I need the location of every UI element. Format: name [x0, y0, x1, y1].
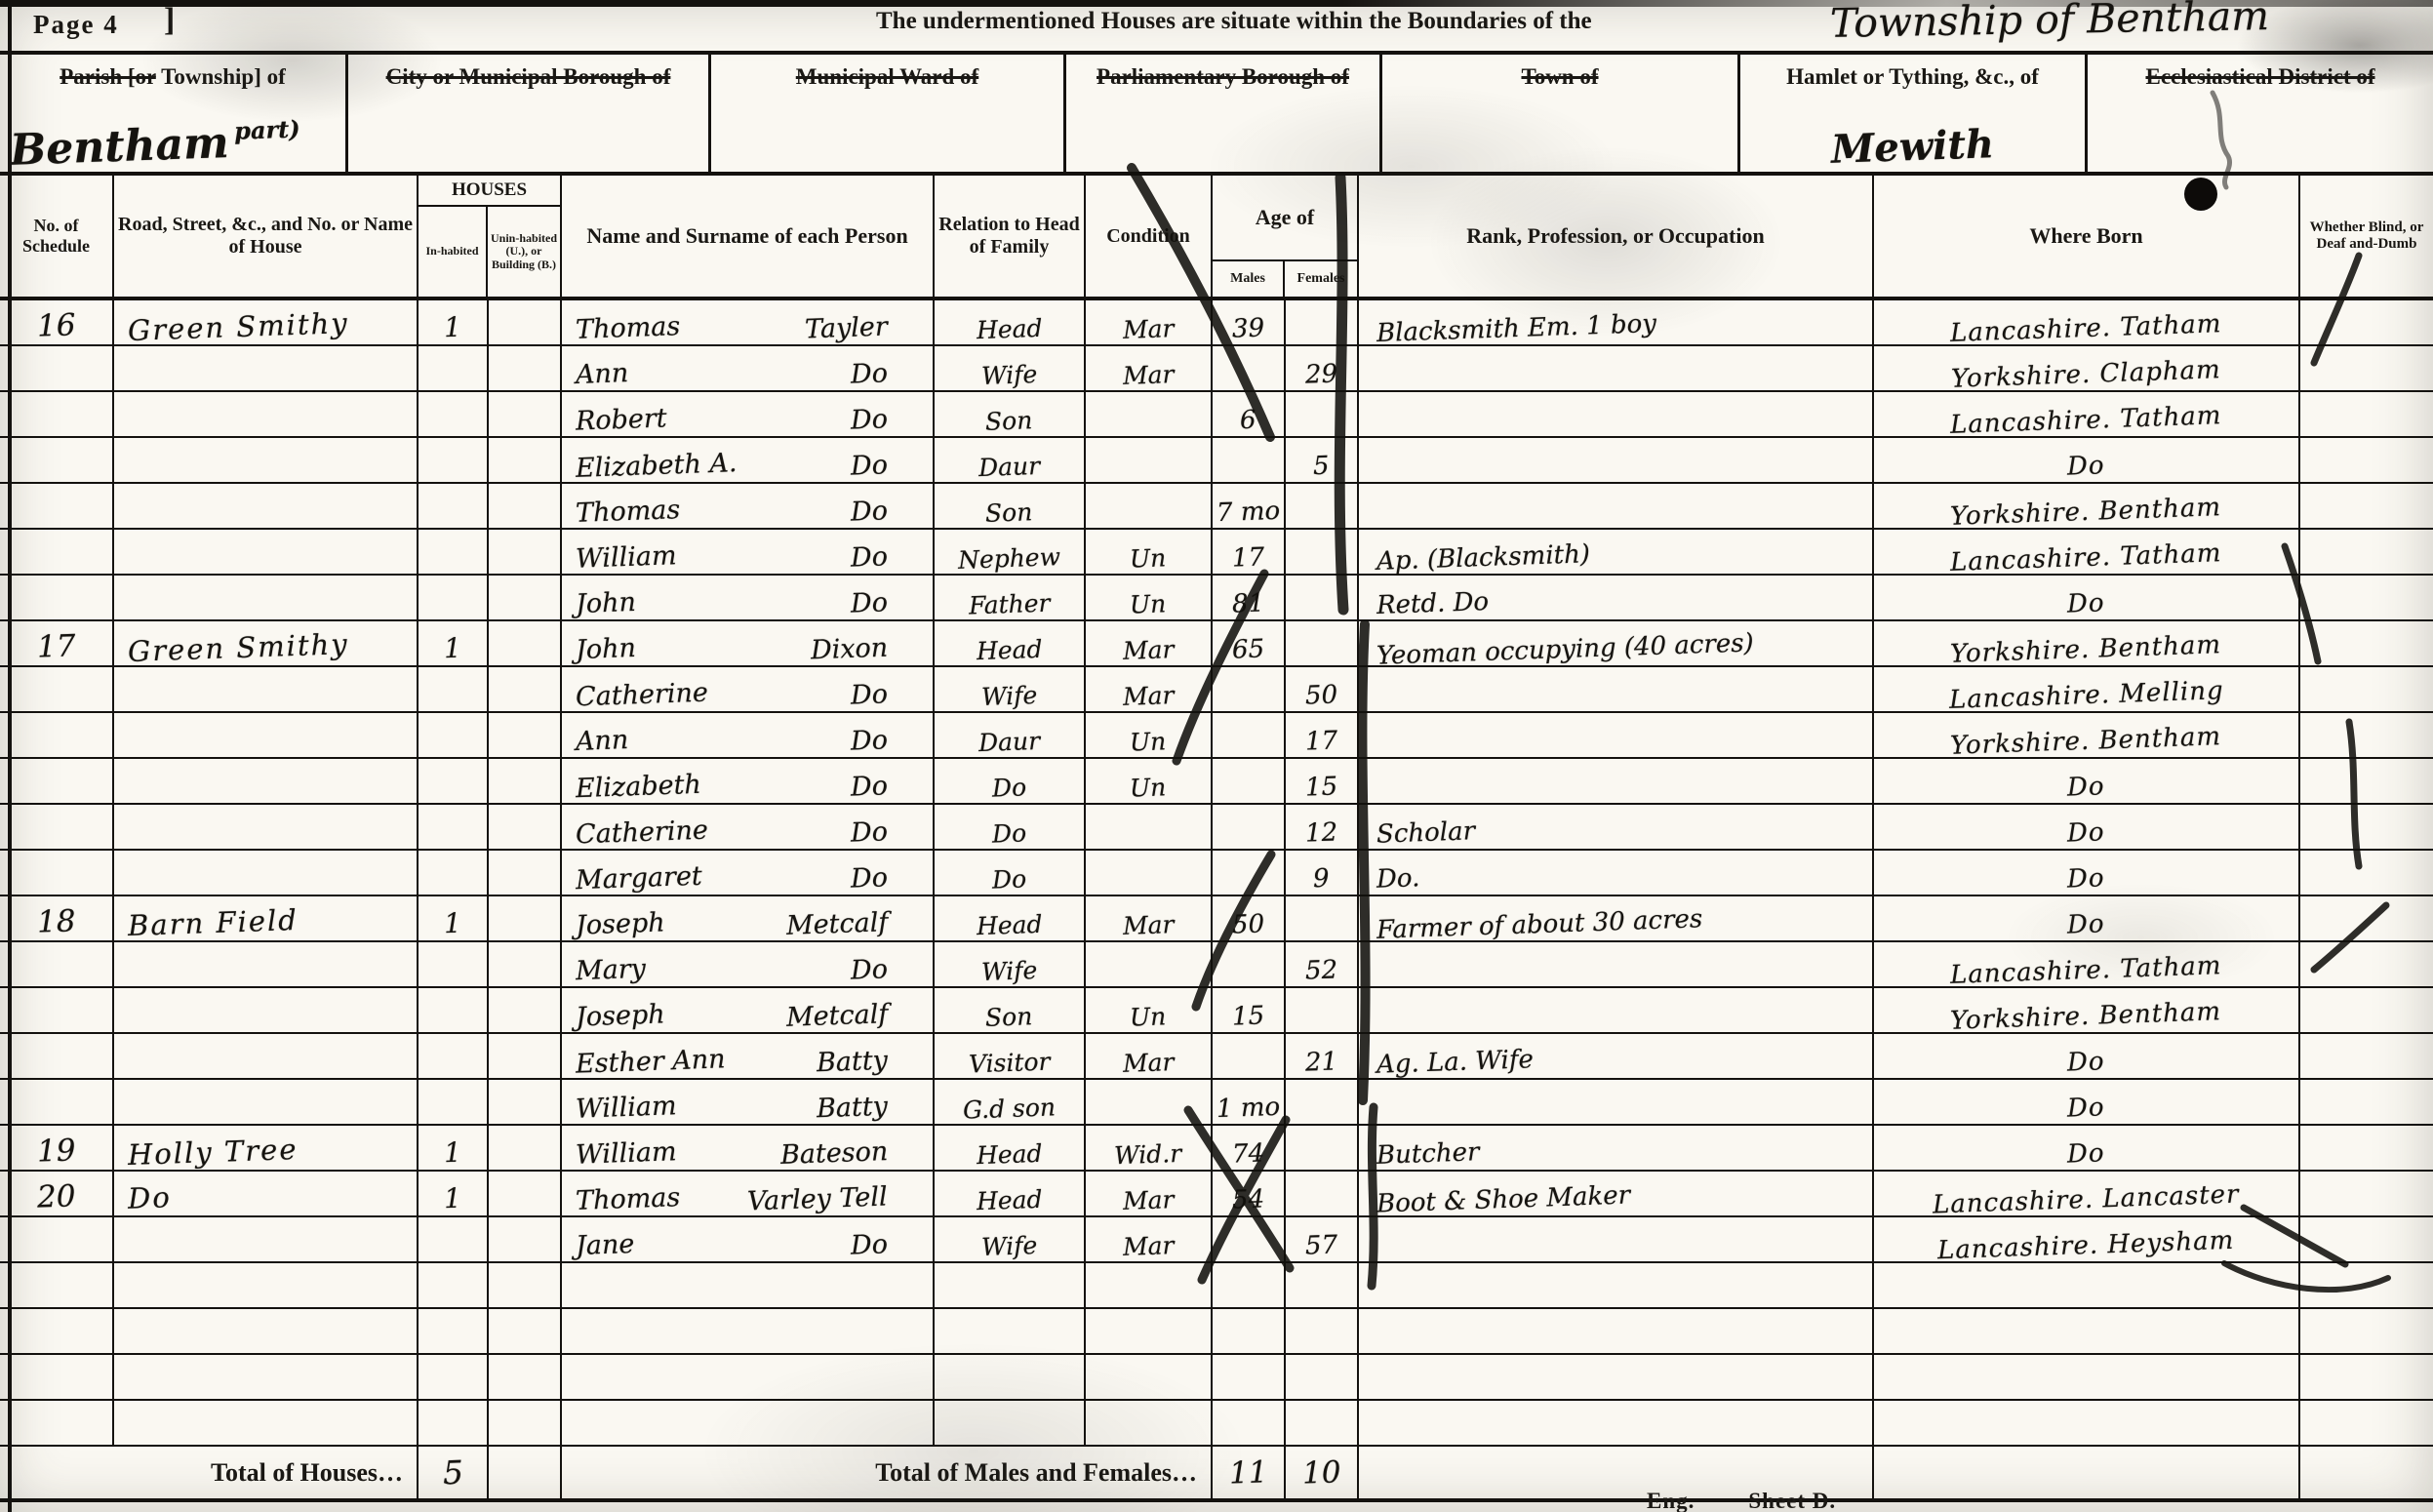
cell-where-born — [1874, 1263, 2300, 1307]
cell-age-female — [1286, 484, 1359, 528]
cell-inhabited — [419, 1309, 489, 1353]
col-houses-group: HOUSES In-habited Unin-habited (U.), or … — [419, 176, 562, 297]
cell-schedule-number — [0, 1309, 114, 1353]
cell-relation: Visitor — [935, 1034, 1086, 1078]
cell-age-female: 17 — [1286, 713, 1359, 757]
cell-age-female: 21 — [1286, 1034, 1359, 1078]
cell-house-name — [114, 576, 419, 619]
totals-spacer — [489, 1447, 562, 1498]
cell-whether-blind — [2300, 1034, 2433, 1078]
table-row: 18Barn Field1JosephMetcalfHeadMar50Farme… — [0, 896, 2433, 942]
cell-inhabited — [419, 667, 489, 711]
cell-occupation — [1359, 942, 1874, 986]
cell-occupation: Ag. La. Wife — [1359, 1034, 1874, 1078]
table-row: WilliamDoNephewUn17Ap. (Blacksmith)Lanca… — [0, 530, 2433, 576]
cell-inhabited: 1 — [419, 896, 489, 940]
cell-schedule-number — [0, 805, 114, 849]
cell-where-born: Lancashire. Lancaster — [1874, 1172, 2300, 1215]
cell-age-male — [1213, 805, 1286, 849]
cell-age-female — [1286, 1401, 1359, 1445]
cell-condition — [1086, 1263, 1213, 1307]
cell-schedule-number: 20 — [0, 1172, 114, 1215]
cell-person-name: ElizabethDo — [562, 759, 935, 803]
table-row: MargaretDoDo9Do.Do — [0, 851, 2433, 896]
cell-uninhabited — [489, 621, 562, 665]
cell-inhabited — [419, 392, 489, 436]
cell-occupation — [1359, 1309, 1874, 1353]
cell-uninhabited — [489, 942, 562, 986]
table-row: Esther AnnBattyVisitorMar21Ag. La. WifeD… — [0, 1034, 2433, 1080]
cell-relation: Do — [935, 851, 1086, 895]
col-uninhabited: Unin-habited (U.), or Building (B.) — [488, 207, 560, 297]
cell-occupation — [1359, 759, 1874, 803]
cell-where-born: Do — [1874, 1126, 2300, 1170]
cell-whether-blind — [2300, 667, 2433, 711]
cell-house-name: Barn Field — [114, 896, 419, 940]
col-condition: Condition — [1086, 176, 1213, 297]
table-row: 20Do1ThomasVarley TellHeadMar54Boot & Sh… — [0, 1172, 2433, 1217]
cell-schedule-number — [0, 1401, 114, 1445]
cell-person-name: CatherineDo — [562, 805, 935, 849]
cell-relation: Head — [935, 300, 1086, 344]
totals-spacer — [1874, 1447, 2300, 1498]
cell-age-male — [1213, 851, 1286, 895]
cell-whether-blind — [2300, 576, 2433, 619]
cell-inhabited — [419, 759, 489, 803]
cell-person-name — [562, 1355, 935, 1399]
cell-relation: Head — [935, 896, 1086, 940]
cell-age-female — [1286, 300, 1359, 344]
cell-condition: Mar — [1086, 1034, 1213, 1078]
cell-age-male — [1213, 667, 1286, 711]
cell-occupation — [1359, 1355, 1874, 1399]
cell-age-female — [1286, 1080, 1359, 1124]
total-houses-value: 5 — [442, 1453, 463, 1492]
cell-house-name — [114, 1034, 419, 1078]
cell-occupation — [1359, 988, 1874, 1032]
table-row: AnnDoDaurUn17Yorkshire. Bentham — [0, 713, 2433, 759]
cell-where-born: Do — [1874, 851, 2300, 895]
cell-inhabited — [419, 713, 489, 757]
cell-age-female: 50 — [1286, 667, 1359, 711]
cell-inhabited: 1 — [419, 300, 489, 344]
cell-occupation: Boot & Shoe Maker — [1359, 1172, 1874, 1215]
cell-schedule-number: 19 — [0, 1126, 114, 1170]
cell-person-name: JohnDixon — [562, 621, 935, 665]
cell-person-name: RobertDo — [562, 392, 935, 436]
cell-condition: Mar — [1086, 896, 1213, 940]
cell-age-male — [1213, 1309, 1286, 1353]
cell-where-born: Yorkshire. Bentham — [1874, 621, 2300, 665]
cell-where-born — [1874, 1401, 2300, 1445]
cell-condition: Mar — [1086, 1172, 1213, 1215]
hamlet-value: Mewith — [1739, 118, 2085, 176]
cell-relation — [935, 1309, 1086, 1353]
cell-person-name — [562, 1263, 935, 1307]
cell-relation: Son — [935, 484, 1086, 528]
cell-age-female: 5 — [1286, 438, 1359, 482]
cell-where-born: Lancashire. Melling — [1874, 667, 2300, 711]
cell-whether-blind — [2300, 392, 2433, 436]
col-relation: Relation to Head of Family — [935, 176, 1086, 297]
table-row — [0, 1309, 2433, 1355]
cell-schedule-number — [0, 851, 114, 895]
borough-label: City or Municipal Borough of — [386, 64, 671, 89]
cell-whether-blind — [2300, 1172, 2433, 1215]
table-row: RobertDoSon6Lancashire. Tatham — [0, 392, 2433, 438]
cell-whether-blind — [2300, 988, 2433, 1032]
cell-schedule-number — [0, 759, 114, 803]
cell-person-name: JohnDo — [562, 576, 935, 619]
cell-where-born — [1874, 1309, 2300, 1353]
cell-uninhabited — [489, 851, 562, 895]
table-row — [0, 1401, 2433, 1447]
cell-where-born: Lancashire. Tatham — [1874, 392, 2300, 436]
table-row: AnnDoWifeMar29Yorkshire. Clapham — [0, 346, 2433, 392]
cell-where-born — [1874, 1355, 2300, 1399]
cell-where-born: Yorkshire. Clapham — [1874, 346, 2300, 390]
cell-whether-blind — [2300, 1401, 2433, 1445]
handwritten-township: Township of Bentham — [1830, 0, 2270, 47]
cell-relation — [935, 1401, 1086, 1445]
cell-schedule-number — [0, 1080, 114, 1124]
cell-age-female — [1286, 530, 1359, 574]
cell-schedule-number — [0, 1263, 114, 1307]
cell-where-born: Yorkshire. Bentham — [1874, 988, 2300, 1032]
table-row: WilliamBattyG.d son1 moDo — [0, 1080, 2433, 1126]
cell-where-born: Do — [1874, 1034, 2300, 1078]
cell-person-name: Elizabeth A.Do — [562, 438, 935, 482]
parish-label-struck: Parish [or — [60, 64, 156, 89]
cell-uninhabited — [489, 1080, 562, 1124]
cell-schedule-number — [0, 346, 114, 390]
cell-person-name: WilliamBatty — [562, 1080, 935, 1124]
cell-inhabited: 1 — [419, 621, 489, 665]
cell-age-male: 39 — [1213, 300, 1286, 344]
cell-condition — [1086, 851, 1213, 895]
cell-inhabited — [419, 805, 489, 849]
cell-person-name: AnnDo — [562, 713, 935, 757]
cell-inhabited — [419, 1217, 489, 1261]
cell-occupation: Scholar — [1359, 805, 1874, 849]
col-inhabited: In-habited — [419, 207, 488, 297]
cell-age-male: 74 — [1213, 1126, 1286, 1170]
table-row: 16Green Smithy1ThomasTaylerHeadMar39Blac… — [0, 300, 2433, 346]
cell-person-name: JosephMetcalf — [562, 896, 935, 940]
cell-uninhabited — [489, 1263, 562, 1307]
cell-whether-blind — [2300, 1263, 2433, 1307]
ward-label: Municipal Ward of — [796, 64, 978, 89]
cell-whether-blind — [2300, 1217, 2433, 1261]
cell-age-female: 9 — [1286, 851, 1359, 895]
cell-condition: Wid.r — [1086, 1126, 1213, 1170]
table-row: JaneDoWifeMar57Lancashire. Heysham — [0, 1217, 2433, 1263]
cell-person-name: WilliamDo — [562, 530, 935, 574]
cell-house-name — [114, 438, 419, 482]
cell-relation: Head — [935, 1172, 1086, 1215]
cell-age-male — [1213, 346, 1286, 390]
cell-schedule-number — [0, 1217, 114, 1261]
town-label: Town of — [1521, 64, 1598, 89]
cell-uninhabited — [489, 530, 562, 574]
cell-condition: Un — [1086, 530, 1213, 574]
cell-uninhabited — [489, 1126, 562, 1170]
cell-age-female — [1286, 1355, 1359, 1399]
cell-occupation — [1359, 713, 1874, 757]
cell-age-female — [1286, 621, 1359, 665]
cell-age-male — [1213, 1355, 1286, 1399]
cell-schedule-number — [0, 576, 114, 619]
cell-age-female — [1286, 576, 1359, 619]
cell-uninhabited — [489, 392, 562, 436]
ecclesiastical-cell: Ecclesiastical District of — [2088, 55, 2433, 172]
table-row: 19Holly Tree1WilliamBatesonHeadWid.r74Bu… — [0, 1126, 2433, 1172]
sheet-number: Eng.Sheet D. — [1647, 1489, 1890, 1512]
cell-uninhabited — [489, 1355, 562, 1399]
cell-occupation: Do. — [1359, 851, 1874, 895]
cell-uninhabited — [489, 1309, 562, 1353]
cell-condition: Un — [1086, 576, 1213, 619]
borough-cell: City or Municipal Borough of — [348, 55, 711, 172]
col-road-street: Road, Street, &c., and No. or Name of Ho… — [114, 176, 419, 297]
cell-age-female — [1286, 1263, 1359, 1307]
table-row — [0, 1355, 2433, 1401]
cell-relation: Nephew — [935, 530, 1086, 574]
cell-inhabited — [419, 1034, 489, 1078]
cell-uninhabited — [489, 667, 562, 711]
cell-inhabited — [419, 1355, 489, 1399]
cell-schedule-number: 18 — [0, 896, 114, 940]
col-name-surname: Name and Surname of each Person — [562, 176, 935, 297]
cell-uninhabited — [489, 896, 562, 940]
cell-condition — [1086, 392, 1213, 436]
cell-where-born: Do — [1874, 438, 2300, 482]
cell-inhabited — [419, 851, 489, 895]
cell-relation: Wife — [935, 942, 1086, 986]
cell-where-born: Lancashire. Tatham — [1874, 942, 2300, 986]
col-rank-profession: Rank, Profession, or Occupation — [1359, 176, 1874, 297]
cell-occupation — [1359, 346, 1874, 390]
cell-house-name — [114, 851, 419, 895]
cell-condition: Mar — [1086, 667, 1213, 711]
cell-schedule-number — [0, 438, 114, 482]
district-header: Parish [or Township] of Benthampart) Cit… — [0, 55, 2433, 176]
cell-whether-blind — [2300, 1126, 2433, 1170]
cell-condition: Un — [1086, 713, 1213, 757]
cell-age-female — [1286, 392, 1359, 436]
cell-uninhabited — [489, 1401, 562, 1445]
cell-occupation: Blacksmith Em. 1 boy — [1359, 300, 1874, 344]
table-row — [0, 1263, 2433, 1309]
cell-person-name: CatherineDo — [562, 667, 935, 711]
cell-house-name — [114, 1263, 419, 1307]
cell-uninhabited — [489, 438, 562, 482]
cell-condition — [1086, 484, 1213, 528]
table-row: CatherineDoDo12ScholarDo — [0, 805, 2433, 851]
cell-occupation: Retd. Do — [1359, 576, 1874, 619]
cell-age-female: 12 — [1286, 805, 1359, 849]
cell-house-name: Holly Tree — [114, 1126, 419, 1170]
cell-whether-blind — [2300, 805, 2433, 849]
cell-relation: Do — [935, 805, 1086, 849]
cell-house-name — [114, 392, 419, 436]
houses-group-title: HOUSES — [419, 176, 560, 207]
table-row: ThomasDoSon7 moYorkshire. Bentham — [0, 484, 2433, 530]
cell-where-born: Do — [1874, 896, 2300, 940]
town-cell: Town of — [1382, 55, 1740, 172]
cell-whether-blind — [2300, 759, 2433, 803]
cell-house-name: Do — [114, 1172, 419, 1215]
cell-inhabited: 1 — [419, 1172, 489, 1215]
cell-person-name: Esther AnnBatty — [562, 1034, 935, 1078]
cell-age-male: 50 — [1213, 896, 1286, 940]
cell-schedule-number — [0, 988, 114, 1032]
cell-house-name — [114, 346, 419, 390]
cell-inhabited — [419, 530, 489, 574]
cell-age-male: 15 — [1213, 988, 1286, 1032]
total-males-females-label: Total of Males and Females… — [562, 1447, 1213, 1498]
page-number: Page 4 — [33, 10, 119, 40]
cell-where-born: Do — [1874, 1080, 2300, 1124]
bracket-mark: ] — [164, 2, 175, 39]
cell-schedule-number: 16 — [0, 300, 114, 344]
cell-whether-blind — [2300, 713, 2433, 757]
cell-where-born: Yorkshire. Bentham — [1874, 713, 2300, 757]
cell-relation: Son — [935, 392, 1086, 436]
cell-age-male: 54 — [1213, 1172, 1286, 1215]
total-males-value: 11 — [1228, 1454, 1268, 1491]
cell-where-born: Do — [1874, 805, 2300, 849]
cell-age-male — [1213, 942, 1286, 986]
cell-occupation — [1359, 392, 1874, 436]
cell-condition — [1086, 805, 1213, 849]
cell-person-name: WilliamBateson — [562, 1126, 935, 1170]
cell-relation: Wife — [935, 1217, 1086, 1261]
cell-whether-blind — [2300, 851, 2433, 895]
parish-cell: Parish [or Township] of Benthampart) — [0, 55, 348, 172]
table-row: JohnDoFatherUn81Retd. DoDo — [0, 576, 2433, 621]
cell-person-name: ThomasDo — [562, 484, 935, 528]
cell-person-name: ThomasVarley Tell — [562, 1172, 935, 1215]
cell-age-female: 52 — [1286, 942, 1359, 986]
cell-inhabited — [419, 346, 489, 390]
cell-schedule-number — [0, 530, 114, 574]
cell-whether-blind — [2300, 530, 2433, 574]
cell-age-female — [1286, 1309, 1359, 1353]
cell-condition: Un — [1086, 988, 1213, 1032]
cell-relation: Wife — [935, 346, 1086, 390]
age-group-title: Age of — [1213, 176, 1357, 259]
cell-where-born: Lancashire. Tatham — [1874, 530, 2300, 574]
cell-condition — [1086, 1080, 1213, 1124]
parish-note: part) — [234, 114, 300, 144]
cell-whether-blind — [2300, 300, 2433, 344]
total-females-value: 10 — [1301, 1454, 1341, 1491]
cell-whether-blind — [2300, 438, 2433, 482]
page-title: The undermentioned Houses are situate wi… — [876, 8, 1592, 35]
cell-uninhabited — [489, 713, 562, 757]
table-row: CatherineDoWifeMar50Lancashire. Melling — [0, 667, 2433, 713]
cell-house-name: Green Smithy — [114, 300, 419, 344]
cell-age-male: 17 — [1213, 530, 1286, 574]
cell-whether-blind — [2300, 346, 2433, 390]
cell-schedule-number — [0, 484, 114, 528]
cell-age-female — [1286, 1126, 1359, 1170]
col-schedule: No. of Schedule — [0, 176, 114, 297]
scan-left-edge — [8, 0, 12, 1512]
ward-cell: Municipal Ward of — [711, 55, 1066, 172]
cell-house-name — [114, 942, 419, 986]
cell-age-female: 15 — [1286, 759, 1359, 803]
cell-whether-blind — [2300, 484, 2433, 528]
cell-house-name — [114, 667, 419, 711]
cell-schedule-number — [0, 667, 114, 711]
cell-age-male — [1213, 713, 1286, 757]
cell-age-female — [1286, 988, 1359, 1032]
cell-age-male — [1213, 759, 1286, 803]
cell-occupation — [1359, 1263, 1874, 1307]
cell-inhabited — [419, 438, 489, 482]
col-age-group: Age of Males Females — [1213, 176, 1359, 297]
cell-house-name: Green Smithy — [114, 621, 419, 665]
col-females: Females — [1285, 261, 1357, 297]
cell-condition: Mar — [1086, 1217, 1213, 1261]
page-header: Page 4 ] The undermentioned Houses are s… — [0, 0, 2433, 55]
cell-house-name — [114, 1217, 419, 1261]
cell-age-female: 57 — [1286, 1217, 1359, 1261]
cell-whether-blind — [2300, 1355, 2433, 1399]
cell-house-name — [114, 1309, 419, 1353]
col-where-born: Where Born — [1874, 176, 2300, 297]
cell-schedule-number — [0, 1355, 114, 1399]
cell-house-name — [114, 805, 419, 849]
cell-uninhabited — [489, 576, 562, 619]
cell-schedule-number: 17 — [0, 621, 114, 665]
cell-person-name: MargaretDo — [562, 851, 935, 895]
cell-age-male: 6 — [1213, 392, 1286, 436]
cell-relation: Head — [935, 621, 1086, 665]
cell-age-female — [1286, 1172, 1359, 1215]
cell-uninhabited — [489, 759, 562, 803]
cell-house-name — [114, 530, 419, 574]
table-row: MaryDoWife52Lancashire. Tatham — [0, 942, 2433, 988]
cell-condition — [1086, 438, 1213, 482]
cell-relation: Father — [935, 576, 1086, 619]
cell-uninhabited — [489, 805, 562, 849]
cell-occupation — [1359, 1217, 1874, 1261]
cell-person-name — [562, 1401, 935, 1445]
cell-occupation — [1359, 438, 1874, 482]
cell-occupation — [1359, 1080, 1874, 1124]
cell-inhabited — [419, 1263, 489, 1307]
cell-inhabited — [419, 988, 489, 1032]
table-row: 17Green Smithy1JohnDixonHeadMar65Yeoman … — [0, 621, 2433, 667]
cell-condition — [1086, 942, 1213, 986]
cell-occupation — [1359, 484, 1874, 528]
cell-person-name: ThomasTayler — [562, 300, 935, 344]
cell-person-name: MaryDo — [562, 942, 935, 986]
cell-person-name — [562, 1309, 935, 1353]
cell-inhabited: 1 — [419, 1126, 489, 1170]
cell-condition: Mar — [1086, 621, 1213, 665]
cell-age-male: 7 mo — [1213, 484, 1286, 528]
cell-schedule-number — [0, 713, 114, 757]
cell-relation: Do — [935, 759, 1086, 803]
parl-borough-label: Parliamentary Borough of — [1097, 64, 1349, 89]
cell-relation: G.d son — [935, 1080, 1086, 1124]
cell-age-male: 65 — [1213, 621, 1286, 665]
table-row: JosephMetcalfSonUn15Yorkshire. Bentham — [0, 988, 2433, 1034]
